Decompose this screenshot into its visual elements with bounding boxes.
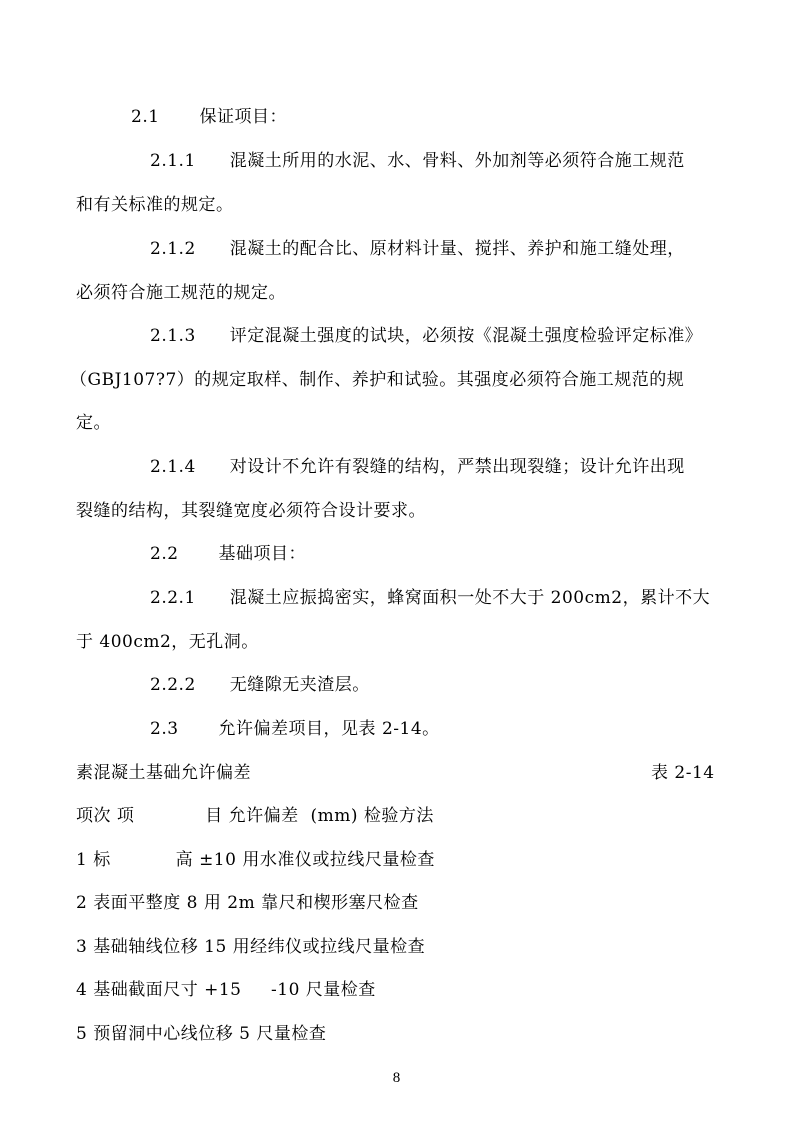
item-2-1-3-line3: 定。 <box>76 412 111 434</box>
item-2-1-1-line1: 2.1.1混凝土所用的水泥、水、骨料、外加剂等必须符合施工规范 <box>150 150 685 172</box>
item-2-3: 2.3允许偏差项目，见表 2-14。 <box>150 718 440 740</box>
item-2-1-4-line2: 裂缝的结构，其裂缝宽度必须符合设计要求。 <box>76 500 426 522</box>
item-2-2-1-line2: 于 400cm2，无孔洞。 <box>76 631 259 653</box>
heading-2-1: 2.1保证项目： <box>131 106 287 128</box>
section-number: 2.3 <box>150 719 179 739</box>
section-number: 2.1.2 <box>150 239 196 259</box>
section-title: 保证项目： <box>200 107 288 127</box>
section-number: 2.2 <box>150 544 179 564</box>
section-number: 2.1.1 <box>150 151 196 171</box>
table-row: 4 基础截面尺寸 +15 -10 尺量检查 <box>76 979 376 1001</box>
item-2-1-4-line1: 2.1.4对设计不允许有裂缝的结构，严禁出现裂缝；设计允许出现 <box>150 456 685 478</box>
section-number: 2.2.2 <box>150 675 196 695</box>
section-number: 2.1 <box>131 107 160 127</box>
item-2-2-2: 2.2.2无缝隙无夹渣层。 <box>150 674 370 696</box>
item-2-1-1-line2: 和有关标准的规定。 <box>76 194 234 216</box>
section-number: 2.1.4 <box>150 457 196 477</box>
table-row: 1 标 高 ±10 用水准仪或拉线尺量检查 <box>76 849 435 871</box>
table-row: 2 表面平整度 8 用 2m 靠尺和楔形塞尺检查 <box>76 892 419 914</box>
heading-2-2: 2.2基础项目： <box>150 543 306 565</box>
section-number: 2.2.1 <box>150 588 196 608</box>
item-2-1-3-line1: 2.1.3评定混凝土强度的试块，必须按《混凝土强度检验评定标准》 <box>150 325 702 347</box>
item-2-1-2-line2: 必须符合施工规范的规定。 <box>76 282 286 304</box>
section-number: 2.1.3 <box>150 326 196 346</box>
table-row: 5 预留洞中心线位移 5 尺量检查 <box>76 1023 326 1045</box>
table-header: 项次 项 目 允许偏差 (mm) 检验方法 <box>76 805 434 827</box>
item-2-1-3-line2: （GBJ107?7）的规定取样、制作、养护和试验。其强度必须符合施工规范的规 <box>70 369 684 391</box>
table-caption: 素混凝土基础允许偏差 <box>76 762 251 784</box>
item-2-2-1-line1: 2.2.1混凝土应振捣密实，蜂窝面积一处不大于 200cm2，累计不大 <box>150 587 710 609</box>
item-2-1-2-line1: 2.1.2混凝土的配合比、原材料计量、搅拌、养护和施工缝处理， <box>150 238 685 260</box>
table-label: 表 2-14 <box>651 762 715 784</box>
section-title: 基础项目： <box>219 544 307 564</box>
table-row: 3 基础轴线位移 15 用经纬仪或拉线尺量检查 <box>76 936 425 958</box>
page-number: 8 <box>0 1070 793 1087</box>
